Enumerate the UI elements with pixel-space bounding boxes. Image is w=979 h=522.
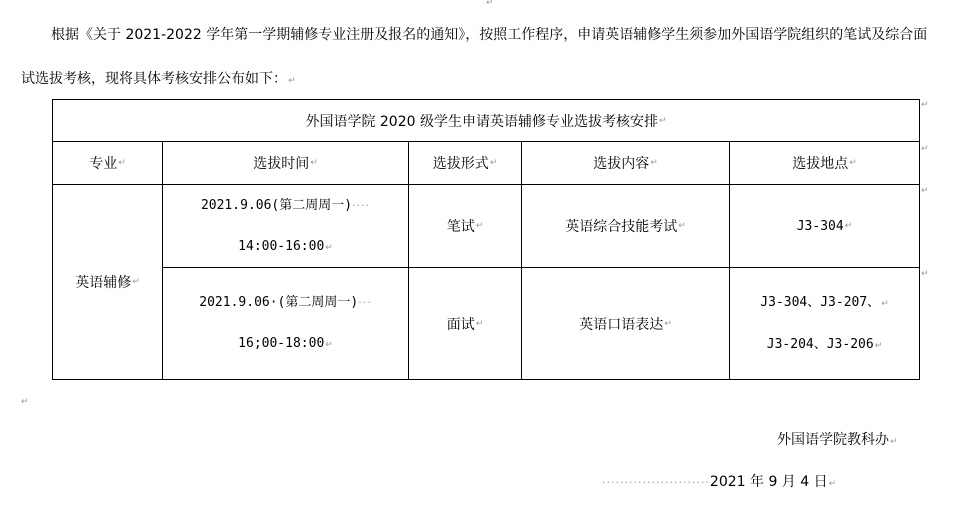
table-row-2-form: 面试↵ [409, 268, 521, 379]
leader-dots: ························ [602, 476, 710, 489]
table-row-1-location: J3-304↵ [730, 185, 919, 267]
paragraph-mark: ↵ [288, 76, 296, 86]
row-end-mark: ↵ [921, 100, 929, 110]
row-end-mark: ↵ [921, 186, 929, 196]
signature-date: ························2021 年 9 月 4 日↵ [602, 474, 836, 492]
intro-paragraph-line2: 试选拔考核，现将具体考核安排公布如下：↵ [21, 71, 296, 89]
header-form: 选拔形式↵ [409, 142, 521, 184]
header-content: 选拔内容↵ [522, 142, 729, 184]
table-row-2-time: 2021.9.06·(第二周周一)··· 16;00-18:00↵ [163, 268, 408, 379]
table-row-1-content: 英语综合技能考试↵ [522, 185, 729, 267]
intro-paragraph-line1: 根据《关于 2021-2022 学年第一学期辅修专业注册及报名的通知》，按照工作… [51, 27, 927, 43]
header-location: 选拔地点↵ [730, 142, 919, 184]
header-time: 选拔时间↵ [163, 142, 408, 184]
table-row-2-location: J3-304、J3-207、↵ J3-204、J3-206↵ [730, 268, 919, 379]
table-row-1-time: 2021.9.06(第二周周一)···· 14:00-16:00↵ [163, 185, 408, 267]
intro-text: 试选拔考核，现将具体考核安排公布如下： [21, 71, 287, 87]
table-title: 外国语学院 2020 级学生申请英语辅修专业选拔考核安排↵ [53, 100, 919, 141]
major-cell: 英语辅修↵ [53, 185, 162, 379]
signature-office: 外国语学院教科办↵ [777, 432, 898, 450]
table-row-2-content: 英语口语表达↵ [522, 268, 729, 379]
header-major: 专业↵ [53, 142, 162, 184]
row-end-mark: ↵ [921, 269, 929, 279]
table-row-1-form: 笔试↵ [409, 185, 521, 267]
paragraph-mark: ↵ [21, 397, 29, 407]
row-end-mark: ↵ [921, 144, 929, 154]
paragraph-mark: ↵ [486, 0, 494, 8]
